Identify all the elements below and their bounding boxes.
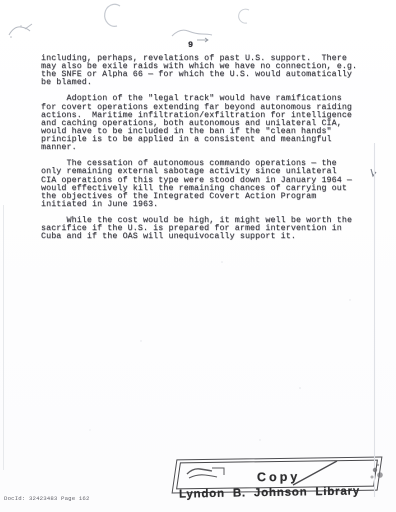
docid-footer: DocId: 32423483 Page 162 — [4, 495, 90, 502]
typed-paragraph: including, perhaps, revelations of past … — [41, 55, 363, 88]
stamp-library-label: Lyndon B. Johnson Library — [179, 485, 360, 500]
stamp-copy-label: Copy — [257, 470, 300, 485]
typed-text-block: including, perhaps, revelations of past … — [41, 55, 363, 249]
page-number: 9 — [188, 40, 193, 50]
lbj-library-stamp: Copy Lyndon B. Johnson Library — [166, 450, 396, 508]
scanned-document-page: { "colors": { "paper": "#ffffff", "typew… — [0, 0, 396, 512]
typed-paragraph: The cessation of autonomous commando ope… — [41, 160, 363, 209]
typed-paragraph: Adoption of the "legal track" would have… — [41, 95, 363, 152]
typed-paragraph: While the cost would be high, it might w… — [41, 217, 363, 241]
